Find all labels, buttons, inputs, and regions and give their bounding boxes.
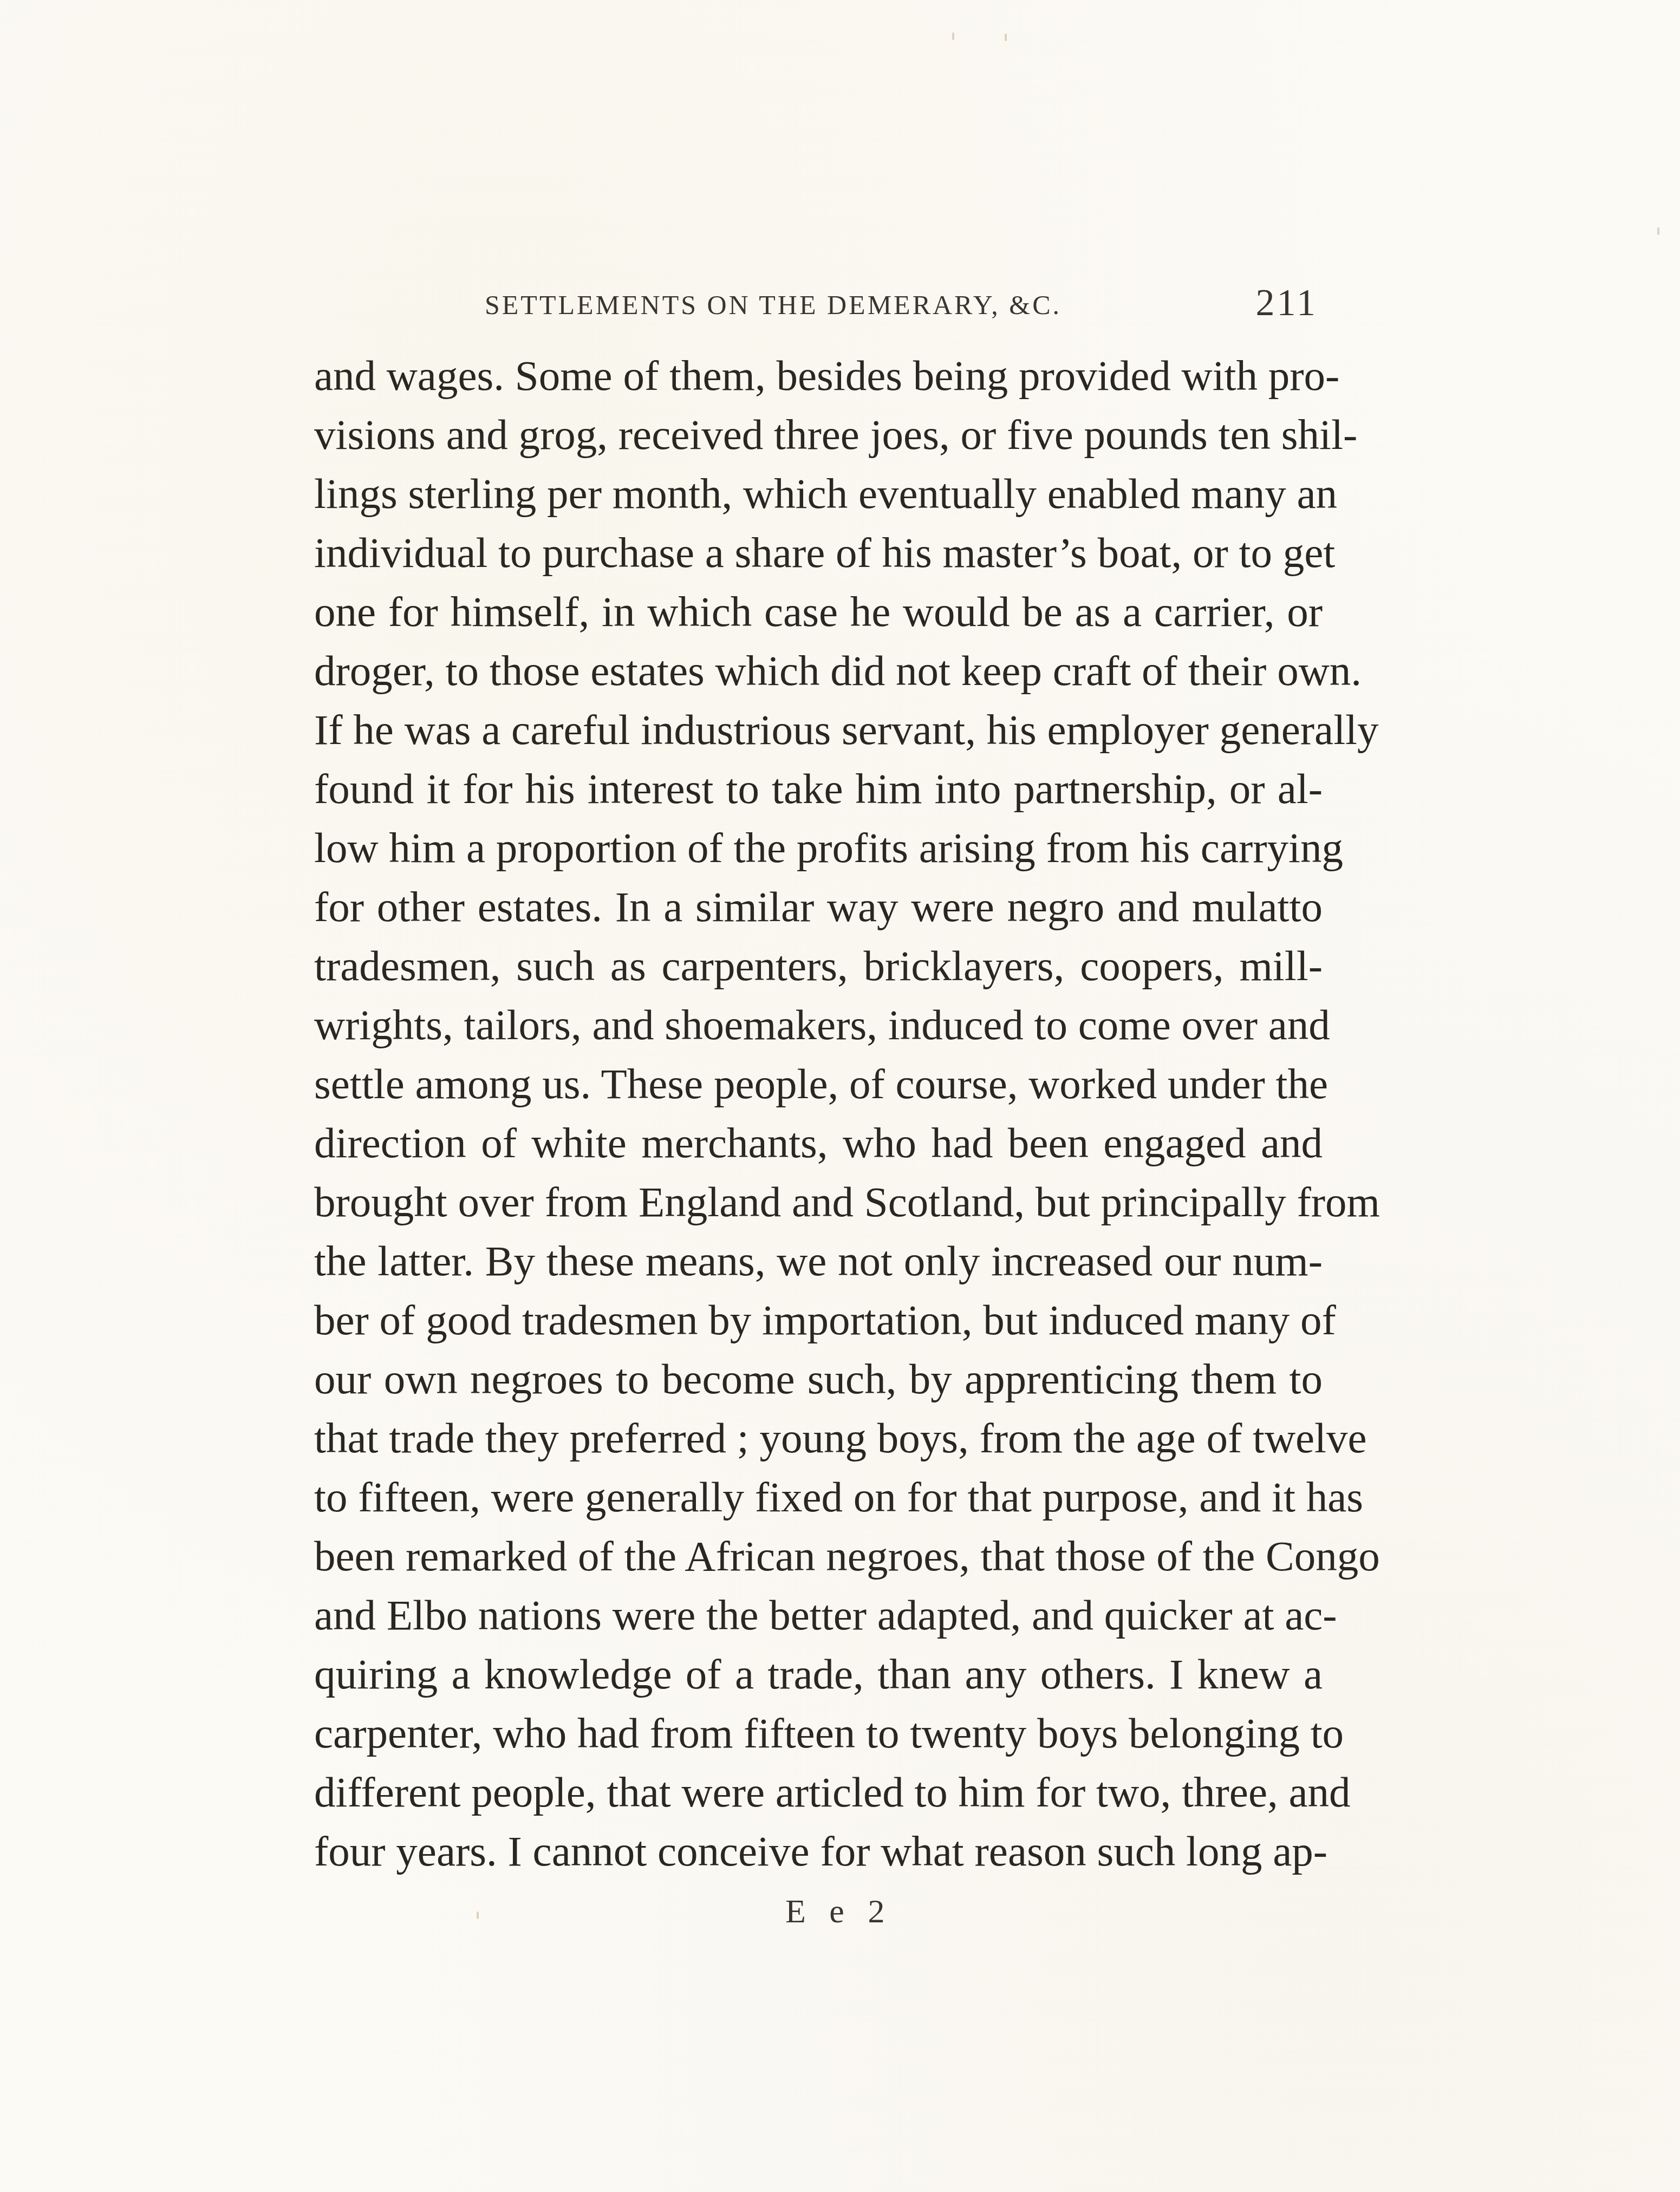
paper-speck (477, 1912, 479, 1919)
text-line: and Elbo nations were the better adapted… (314, 1586, 1323, 1645)
text-line: direction of white merchants, who had be… (314, 1114, 1323, 1173)
running-head-title: SETTLEMENTS ON THE DEMERARY, &C. (485, 286, 1062, 324)
text-line: been remarked of the African negroes, th… (314, 1527, 1323, 1586)
text-line: for other estates. In a similar way were… (314, 878, 1323, 937)
text-line: lings sterling per month, which eventual… (314, 465, 1323, 524)
text-line: carpenter, who had from fifteen to twent… (314, 1704, 1323, 1763)
text-line: and wages. Some of them, besides being p… (314, 347, 1323, 406)
text-line: the latter. By these means, we not only … (314, 1232, 1323, 1291)
text-line: found it for his interest to take him in… (314, 760, 1323, 819)
text-line: wrights, tailors, and shoemakers, induce… (314, 996, 1323, 1055)
text-line: one for himself, in which case he would … (314, 583, 1323, 642)
text-line: to fifteen, were generally fixed on for … (314, 1468, 1323, 1527)
text-line: settle among us. These people, of course… (314, 1055, 1323, 1114)
text-line: ber of good tradesmen by importation, bu… (314, 1291, 1323, 1350)
paper-speck (1657, 227, 1659, 235)
text-line: different people, that were articled to … (314, 1763, 1323, 1822)
paper-speck (1005, 34, 1007, 41)
text-line: individual to purchase a share of his ma… (314, 524, 1323, 583)
text-line: brought over from England and Scotland, … (314, 1173, 1323, 1232)
signature-mark: E e 2 (785, 1890, 892, 1933)
text-line: If he was a careful industrious servant,… (314, 701, 1323, 760)
text-line: quiring a knowledge of a trade, than any… (314, 1645, 1323, 1704)
page-number: 211 (1256, 282, 1318, 325)
text-line: tradesmen, such as carpenters, bricklaye… (314, 937, 1323, 996)
paper-speck (952, 32, 954, 40)
book-page: SETTLEMENTS ON THE DEMERARY, &C. 211 and… (0, 0, 1680, 2192)
text-line: four years. I cannot conceive for what r… (314, 1822, 1323, 1881)
text-line: our own negroes to become such, by appre… (314, 1350, 1323, 1409)
text-line: low him a proportion of the profits aris… (314, 819, 1323, 878)
text-line: visions and grog, received three joes, o… (314, 406, 1323, 465)
running-head: SETTLEMENTS ON THE DEMERARY, &C. 211 (485, 286, 1323, 324)
text-line: that trade they preferred ; young boys, … (314, 1409, 1323, 1468)
text-line: droger, to those estates which did not k… (314, 642, 1323, 701)
body-text: and wages. Some of them, besides being p… (314, 347, 1323, 1881)
